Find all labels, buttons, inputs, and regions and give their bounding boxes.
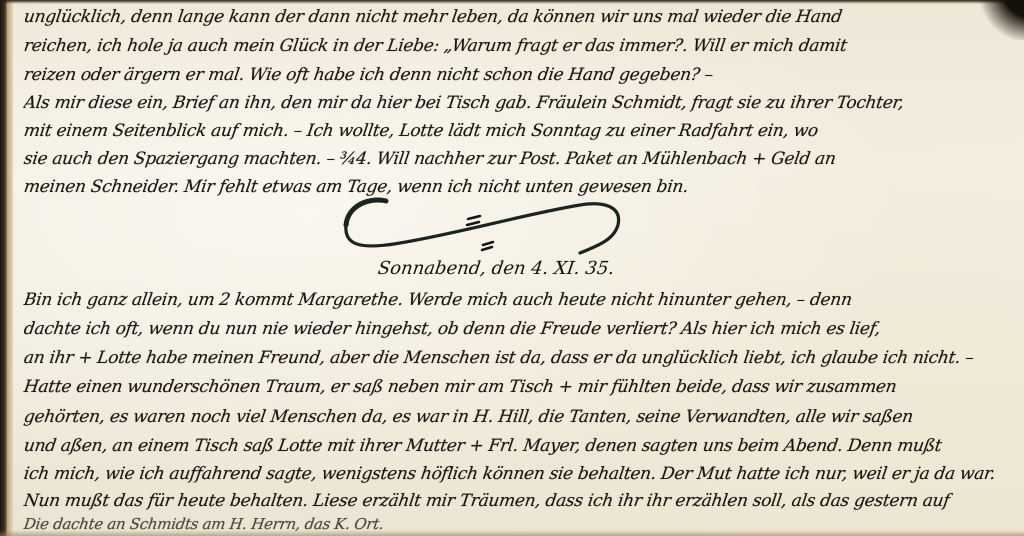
handwritten-line: unglücklich, denn lange kann der dann ni… [22, 4, 1014, 30]
handwritten-line: reizen oder ärgern er mal. Wie oft habe … [22, 62, 1014, 88]
handwritten-line: sie auch den Spaziergang machten. – ¾4. … [22, 146, 1014, 172]
handwritten-line: mit einem Seitenblick auf mich. – Ich wo… [22, 118, 1014, 144]
flourish-divider [340, 195, 630, 255]
handwritten-line: und aßen, an einem Tisch saß Lotte mit i… [22, 433, 1014, 459]
handwritten-line: gehörten, es waren noch viel Menschen da… [22, 404, 1014, 430]
entry-date-heading: Sonnabend, den 4. XI. 35. [377, 258, 640, 279]
handwritten-line: ich mich, wie ich auffahrend sagte, weni… [22, 461, 1014, 487]
handwritten-line: reichen, ich hole ja auch mein Glück in … [22, 33, 1014, 59]
book-binding [0, 0, 7, 536]
handwritten-line: an ihr + Lotte habe meinen Freund, aber … [22, 345, 1014, 371]
diary-page: unglücklich, denn lange kann der dann ni… [0, 0, 1024, 536]
page-left-edge [7, 0, 13, 536]
handwritten-line: Bin ich ganz allein, um 2 kommt Margaret… [22, 287, 1014, 313]
handwritten-line: Als mir diese ein, Brief an ihn, den mir… [22, 90, 1014, 116]
handwritten-line: Die dachte an Schmidts am H. Herrn, das … [22, 511, 446, 536]
handwritten-line: Hatte einen wunderschönen Traum, er saß … [22, 374, 1014, 400]
handwritten-line: dachte ich oft, wenn du nun nie wieder h… [22, 316, 1014, 342]
